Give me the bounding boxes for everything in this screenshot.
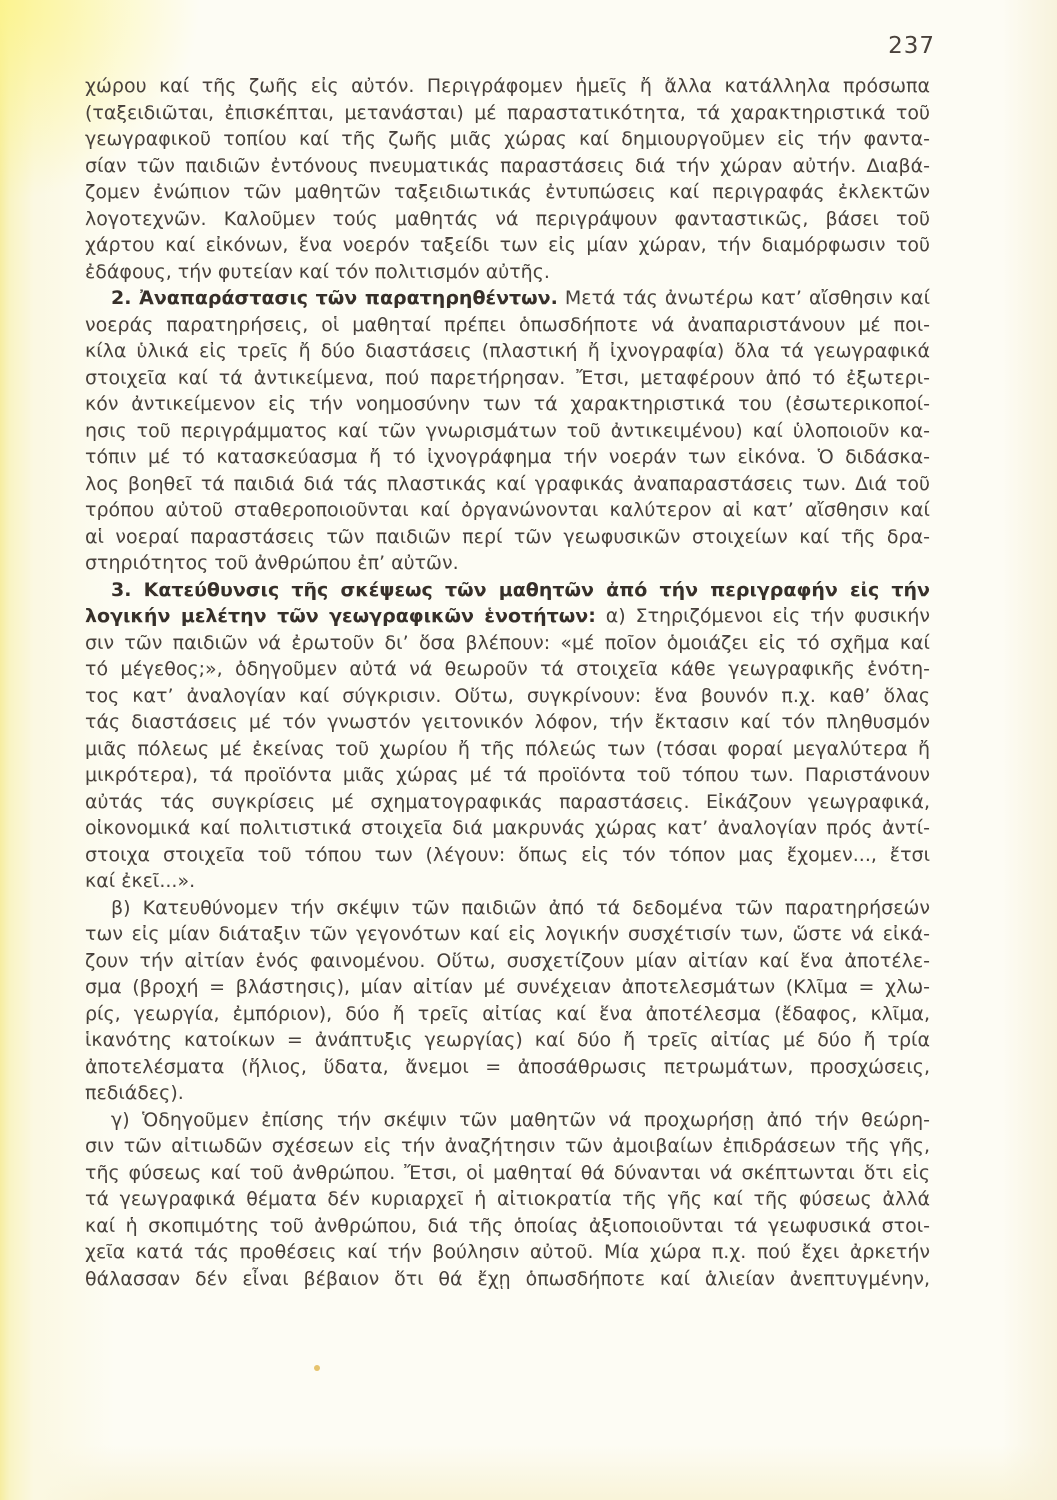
body-text: ζομεν ἐνώπιον τῶν μαθητῶν ταξειδιωτικάς … <box>85 181 930 203</box>
text-line: μικρότερα), τά προϊόντα μιᾶς χώρας μέ τά… <box>85 762 930 789</box>
paragraph: γ) Ὁδηγοῦμεν ἐπίσης τήν σκέψιν τῶν μαθητ… <box>85 1107 930 1293</box>
paragraph: 2. Ἀναπαράστασις τῶν παρατηρηθέντων. Μετ… <box>85 285 930 577</box>
text-line: μιᾶς πόλεως μέ ἐκείνας τοῦ χωρίου ἤ τῆς … <box>85 736 930 763</box>
body-text: λογοτεχνῶν. Καλοῦμεν τούς μαθητάς νά περ… <box>85 208 930 230</box>
body-text: μικρότερα), τά προϊόντα μιᾶς χώρας μέ τά… <box>85 764 930 786</box>
body-text: γεωγραφικοῦ τοπίου καί τῆς ζωῆς μιᾶς χώρ… <box>85 128 930 150</box>
body-text: σιν τῶν αἰτιωδῶν σχέσεων εἰς τήν ἀναζήτη… <box>85 1135 930 1157</box>
body-text: (ταξειδιῶται, ἐπισκέπται, μετανάσται) μέ… <box>85 102 930 124</box>
text-line: ἐδάφους, τήν φυτείαν καί τόν πολιτισμόν … <box>85 259 930 286</box>
text-block: χώρου καί τῆς ζωῆς εἰς αὐτόν. Περιγράφομ… <box>85 73 930 1292</box>
text-line: ζουν τήν αἰτίαν ἑνός φαινομένου. Οὕτω, σ… <box>85 948 930 975</box>
text-line: των εἰς μίαν διάταξιν τῶν γεγονότων καί … <box>85 921 930 948</box>
text-line: κόν ἀντικείμενον εἰς τήν νοημοσύνην των … <box>85 391 930 418</box>
text-line: χεῖα κατά τάς προθέσεις καί τήν βούλησιν… <box>85 1239 930 1266</box>
text-line: τρόπου αὐτοῦ σταθεροποιοῦνται καί ὀργανώ… <box>85 497 930 524</box>
text-line: τά γεωγραφικά θέματα δέν κυριαρχεῖ ἡ αἰτ… <box>85 1186 930 1213</box>
body-text: Μετά τάς ἀνωτέρω κατ’ αἴσθησιν καί <box>558 287 930 309</box>
text-line: τάς διαστάσεις μέ τόν γνωστόν γειτονικόν… <box>85 709 930 736</box>
body-text: λος βοηθεῖ τά παιδιά διά τάς πλαστικάς κ… <box>85 473 930 495</box>
text-line: 2. Ἀναπαράστασις τῶν παρατηρηθέντων. Μετ… <box>85 285 930 312</box>
text-line: κίλα ὑλικά εἰς τρεῖς ἤ δύο διαστάσεις (π… <box>85 338 930 365</box>
body-text: μιᾶς πόλεως μέ ἐκείνας τοῦ χωρίου ἤ τῆς … <box>85 738 930 760</box>
body-text: τρόπου αὐτοῦ σταθεροποιοῦνται καί ὀργανώ… <box>85 499 930 521</box>
body-text: θάλασσαν δέν εἶναι βέβαιον ὅτι θά ἔχῃ ὁπ… <box>85 1268 930 1290</box>
body-text: καί ἐκεῖ...». <box>85 870 195 892</box>
body-text: κίλα ὑλικά εἰς τρεῖς ἤ δύο διαστάσεις (π… <box>85 340 930 362</box>
body-text: ρίς, γεωργία, ἐμπόριον), δύο ἤ τρεῖς αἰτ… <box>85 1003 930 1025</box>
paragraph: 3. Κατεύθυνσις τῆς σκέψεως τῶν μαθητῶν ἀ… <box>85 577 930 895</box>
text-line: τος κατ’ ἀναλογίαν καί σύγκρισιν. Οὕτω, … <box>85 683 930 710</box>
text-line: ζομεν ἐνώπιον τῶν μαθητῶν ταξειδιωτικάς … <box>85 179 930 206</box>
body-text: ἱκανότης κατοίκων = ἀνάπτυξις γεωργίας) … <box>85 1029 930 1051</box>
body-text: γ) Ὁδηγοῦμεν ἐπίσης τήν σκέψιν τῶν μαθητ… <box>111 1109 930 1131</box>
text-line: νοεράς παρατηρήσεις, οἱ μαθηταί πρέπει ὁ… <box>85 312 930 339</box>
body-text: τά γεωγραφικά θέματα δέν κυριαρχεῖ ἡ αἰτ… <box>85 1188 930 1210</box>
body-text: ἐδάφους, τήν φυτείαν καί τόν πολιτισμόν … <box>85 261 550 283</box>
heading-text: λογικήν μελέτην τῶν γεωγραφικῶν ἑνοτήτων… <box>85 605 596 627</box>
body-text: στοιχεῖα καί τά ἀντικείμενα, πού παρετήρ… <box>85 367 930 389</box>
text-line: χάρτου καί εἰκόνων, ἕνα νοερόν ταξείδι τ… <box>85 232 930 259</box>
text-line: σίαν τῶν παιδιῶν ἐντόνους πνευματικάς πα… <box>85 153 930 180</box>
text-line: ησις τοῦ περιγράμματος καί τῶν γνωρισμάτ… <box>85 418 930 445</box>
body-text: ησις τοῦ περιγράμματος καί τῶν γνωρισμάτ… <box>85 420 930 442</box>
text-line: τῆς φύσεως καί τοῦ ἀνθρώπου. Ἔτσι, οἱ μα… <box>85 1160 930 1187</box>
text-line: γεωγραφικοῦ τοπίου καί τῆς ζωῆς μιᾶς χώρ… <box>85 126 930 153</box>
body-text: τῆς φύσεως καί τοῦ ἀνθρώπου. Ἔτσι, οἱ μα… <box>85 1162 930 1184</box>
body-text: σμα (βροχή = βλάστησις), μίαν αἰτίαν μέ … <box>85 976 930 998</box>
body-text: τος κατ’ ἀναλογίαν καί σύγκρισιν. Οὕτω, … <box>85 685 930 707</box>
text-line: θάλασσαν δέν εἶναι βέβαιον ὅτι θά ἔχῃ ὁπ… <box>85 1266 930 1293</box>
body-text: τόπιν μέ τό κατασκεύασμα ἤ τό ἰχνογράφημ… <box>85 446 930 468</box>
body-text: πεδιάδες). <box>85 1082 184 1104</box>
body-text: των εἰς μίαν διάταξιν τῶν γεγονότων καί … <box>85 923 930 945</box>
text-line: πεδιάδες). <box>85 1080 930 1107</box>
text-line: χώρου καί τῆς ζωῆς εἰς αὐτόν. Περιγράφομ… <box>85 73 930 100</box>
page-number: 237 <box>888 33 935 59</box>
paragraph: χώρου καί τῆς ζωῆς εἰς αὐτόν. Περιγράφομ… <box>85 73 930 285</box>
paragraph: β) Κατευθύνομεν τήν σκέψιν τῶν παιδιῶν ἀ… <box>85 895 930 1107</box>
text-line: γ) Ὁδηγοῦμεν ἐπίσης τήν σκέψιν τῶν μαθητ… <box>85 1107 930 1134</box>
text-line: τό μέγεθος;», ὁδηγοῦμεν αὐτά νά θεωροῦν … <box>85 656 930 683</box>
text-line: σιν τῶν αἰτιωδῶν σχέσεων εἰς τήν ἀναζήτη… <box>85 1133 930 1160</box>
body-text: στοιχα στοιχεῖα τοῦ τόπου των (λέγουν: ὅ… <box>85 844 930 866</box>
heading-text: 3. Κατεύθυνσις τῆς σκέψεως τῶν μαθητῶν ἀ… <box>111 579 930 604</box>
body-text: σίαν τῶν παιδιῶν ἐντόνους πνευματικάς πα… <box>85 155 930 177</box>
body-text: τάς διαστάσεις μέ τόν γνωστόν γειτονικόν… <box>85 711 930 733</box>
text-line: αὐτάς τάς συγκρίσεις μέ σχηματογραφικάς … <box>85 789 930 816</box>
body-text: αὐτάς τάς συγκρίσεις μέ σχηματογραφικάς … <box>85 791 930 813</box>
body-text: ζουν τήν αἰτίαν ἑνός φαινομένου. Οὕτω, σ… <box>85 950 930 972</box>
body-text: ἀποτελέσματα (ἥλιος, ὕδατα, ἄνεμοι = ἀπο… <box>85 1056 930 1078</box>
text-line: ρίς, γεωργία, ἐμπόριον), δύο ἤ τρεῖς αἰτ… <box>85 1001 930 1028</box>
text-line: στηριότητος τοῦ ἀνθρώπου ἐπ’ αὐτῶν. <box>85 550 930 577</box>
body-text: χεῖα κατά τάς προθέσεις καί τήν βούλησιν… <box>85 1241 930 1263</box>
text-line: ἀποτελέσματα (ἥλιος, ὕδατα, ἄνεμοι = ἀπο… <box>85 1054 930 1081</box>
heading-text: 2. Ἀναπαράστασις τῶν παρατηρηθέντων. <box>111 287 558 309</box>
text-line: στοιχεῖα καί τά ἀντικείμενα, πού παρετήρ… <box>85 365 930 392</box>
body-text: χώρου καί τῆς ζωῆς εἰς αὐτόν. Περιγράφομ… <box>85 75 930 97</box>
text-line: καί ἡ σκοπιμότης τοῦ ἀνθρώπου, διά τῆς ὁ… <box>85 1213 930 1240</box>
scanned-page: { "page": { "number": "237", "paper_colo… <box>0 0 1057 1500</box>
text-line: σιν τῶν παιδιῶν νά ἐρωτοῦν δι’ ὅσα βλέπο… <box>85 630 930 657</box>
body-text: στηριότητος τοῦ ἀνθρώπου ἐπ’ αὐτῶν. <box>85 552 459 574</box>
text-line: καί ἐκεῖ...». <box>85 868 930 895</box>
text-line: λος βοηθεῖ τά παιδιά διά τάς πλαστικάς κ… <box>85 471 930 498</box>
body-text: καί ἡ σκοπιμότης τοῦ ἀνθρώπου, διά τῆς ὁ… <box>85 1215 930 1237</box>
text-line: οἰκονομικά καί πολιτιστικά στοιχεῖα διά … <box>85 815 930 842</box>
body-text: αἱ νοεραί παραστάσεις τῶν παιδιῶν περί τ… <box>85 526 930 548</box>
text-line: στοιχα στοιχεῖα τοῦ τόπου των (λέγουν: ὅ… <box>85 842 930 869</box>
text-line: λογοτεχνῶν. Καλοῦμεν τούς μαθητάς νά περ… <box>85 206 930 233</box>
paper-speck <box>314 1365 320 1371</box>
text-line: σμα (βροχή = βλάστησις), μίαν αἰτίαν μέ … <box>85 974 930 1001</box>
text-line: ἱκανότης κατοίκων = ἀνάπτυξις γεωργίας) … <box>85 1027 930 1054</box>
body-text: χάρτου καί εἰκόνων, ἕνα νοερόν ταξείδι τ… <box>85 234 930 256</box>
body-text: νοεράς παρατηρήσεις, οἱ μαθηταί πρέπει ὁ… <box>85 314 930 336</box>
text-line: 3. Κατεύθυνσις τῆς σκέψεως τῶν μαθητῶν ἀ… <box>85 577 930 604</box>
text-line: λογικήν μελέτην τῶν γεωγραφικῶν ἑνοτήτων… <box>85 603 930 630</box>
body-text: οἰκονομικά καί πολιτιστικά στοιχεῖα διά … <box>85 817 930 839</box>
text-line: αἱ νοεραί παραστάσεις τῶν παιδιῶν περί τ… <box>85 524 930 551</box>
body-text: κόν ἀντικείμενον εἰς τήν νοημοσύνην των … <box>85 393 930 415</box>
text-line: τόπιν μέ τό κατασκεύασμα ἤ τό ἰχνογράφημ… <box>85 444 930 471</box>
body-text: τό μέγεθος;», ὁδηγοῦμεν αὐτά νά θεωροῦν … <box>85 658 930 680</box>
text-line: β) Κατευθύνομεν τήν σκέψιν τῶν παιδιῶν ἀ… <box>85 895 930 922</box>
text-line: (ταξειδιῶται, ἐπισκέπται, μετανάσται) μέ… <box>85 100 930 127</box>
body-text: σιν τῶν παιδιῶν νά ἐρωτοῦν δι’ ὅσα βλέπο… <box>85 632 930 654</box>
body-text: β) Κατευθύνομεν τήν σκέψιν τῶν παιδιῶν ἀ… <box>111 897 930 919</box>
